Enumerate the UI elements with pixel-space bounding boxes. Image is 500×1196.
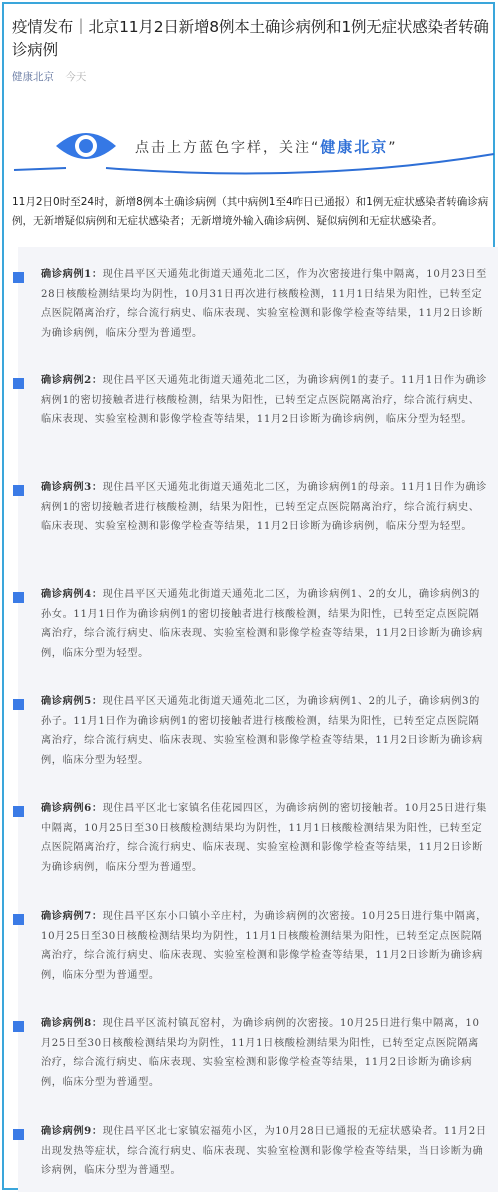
banner-prefix: 点击上方蓝色字样，关注“ <box>135 140 320 156</box>
case-label: 确诊病例2： <box>41 374 103 386</box>
case-text: 确诊病例4：现住昌平区天通苑北街道天通苑北二区，为确诊病例1、2的女儿，确诊病例… <box>41 585 489 663</box>
case-text: 确诊病例9：现住昌平区北七家镇宏福苑小区，为10月28日已通报的无症状感染者。1… <box>41 1122 489 1181</box>
case-text: 确诊病例8：现住昌平区流村镇瓦窑村，为确诊病例的次密接。10月25日进行集中隔离… <box>41 1014 489 1092</box>
article-title: 疫情发布｜北京11月2日新增8例本土确诊病例和1例无症状感染者转确诊病例 <box>12 16 494 62</box>
case-label: 确诊病例1： <box>41 268 103 280</box>
case-body: 现住昌平区东小口镇小辛庄村，为确诊病例的次密接。10月25日进行集中隔离，10月… <box>41 911 487 981</box>
square-bullet-icon <box>13 1021 24 1032</box>
case-body: 现住昌平区北七家镇名佳花园四区，为确诊病例的密切接触者。10月25日进行集中隔离… <box>41 803 487 873</box>
case-text: 确诊病例5：现住昌平区天通苑北街道天通苑北二区，为确诊病例1、2的儿子，确诊病例… <box>41 692 489 770</box>
square-bullet-icon <box>13 699 24 710</box>
summary-paragraph: 11月2日0时至24时，新增8例本土确诊病例（其中病例1至4昨日已通报）和1例无… <box>12 193 494 231</box>
case-label: 确诊病例5： <box>41 695 103 707</box>
case-body: 现住昌平区北七家镇宏福苑小区，为10月28日已通报的无症状感染者。11月2日出现… <box>41 1126 487 1176</box>
case-body: 现住昌平区天通苑北街道天通苑北二区，作为次密接进行集中隔离，10月23日至28日… <box>41 269 487 339</box>
article-frame: 疫情发布｜北京11月2日新增8例本土确诊病例和1例无症状感染者转确诊病例 健康北… <box>2 2 495 1190</box>
square-bullet-icon <box>13 272 24 283</box>
square-bullet-icon <box>13 485 24 496</box>
case-label: 确诊病例8： <box>41 1017 103 1029</box>
case-list: 确诊病例1：现住昌平区天通苑北街道天通苑北二区，作为次密接进行集中隔离，10月2… <box>18 247 498 1192</box>
case-label: 确诊病例7： <box>41 910 103 922</box>
case-text: 确诊病例6：现住昌平区北七家镇名佳花园四区，为确诊病例的密切接触者。10月25日… <box>41 799 489 877</box>
publish-date: 今天 <box>65 71 86 83</box>
case-label: 确诊病例3： <box>41 481 103 493</box>
square-bullet-icon <box>13 1129 24 1140</box>
banner-suffix: ” <box>388 140 397 156</box>
eye-icon <box>56 133 116 159</box>
case-body: 现住昌平区天通苑北街道天通苑北二区，为确诊病例1、2的女儿，确诊病例3的孙女。1… <box>41 589 483 659</box>
case-label: 确诊病例6： <box>41 802 103 814</box>
article-meta: 健康北京 今天 <box>12 70 86 84</box>
case-body: 现住昌平区天通苑北街道天通苑北二区，为确诊病例1、2的儿子，确诊病例3的孙子。1… <box>41 696 483 766</box>
case-text: 确诊病例1：现住昌平区天通苑北街道天通苑北二区，作为次密接进行集中隔离，10月2… <box>41 265 489 343</box>
case-label: 确诊病例9： <box>41 1125 103 1137</box>
follow-banner: 点击上方蓝色字样，关注“健康北京” <box>10 122 498 184</box>
square-bullet-icon <box>13 592 24 603</box>
author-link[interactable]: 健康北京 <box>12 71 54 83</box>
banner-brand-link[interactable]: 健康北京 <box>320 138 388 156</box>
case-label: 确诊病例4： <box>41 588 103 600</box>
case-body: 现住昌平区流村镇瓦窑村，为确诊病例的次密接。10月25日进行集中隔离，10月25… <box>41 1018 480 1088</box>
square-bullet-icon <box>13 378 24 389</box>
case-text: 确诊病例2：现住昌平区天通苑北街道天通苑北二区，为确诊病例1的妻子。11月1日作… <box>41 371 489 430</box>
square-bullet-icon <box>13 914 24 925</box>
banner-follow-text: 点击上方蓝色字样，关注“健康北京” <box>135 136 398 157</box>
case-text: 确诊病例7：现住昌平区东小口镇小辛庄村，为确诊病例的次密接。10月25日进行集中… <box>41 907 489 985</box>
case-body: 现住昌平区天通苑北街道天通苑北二区，为确诊病例1的妻子。11月1日作为确诊病例1… <box>41 375 487 425</box>
case-body: 现住昌平区天通苑北街道天通苑北二区，为确诊病例1的母亲。11月1日作为确诊病例1… <box>41 482 487 532</box>
square-bullet-icon <box>13 806 24 817</box>
case-text: 确诊病例3：现住昌平区天通苑北街道天通苑北二区，为确诊病例1的母亲。11月1日作… <box>41 478 489 537</box>
